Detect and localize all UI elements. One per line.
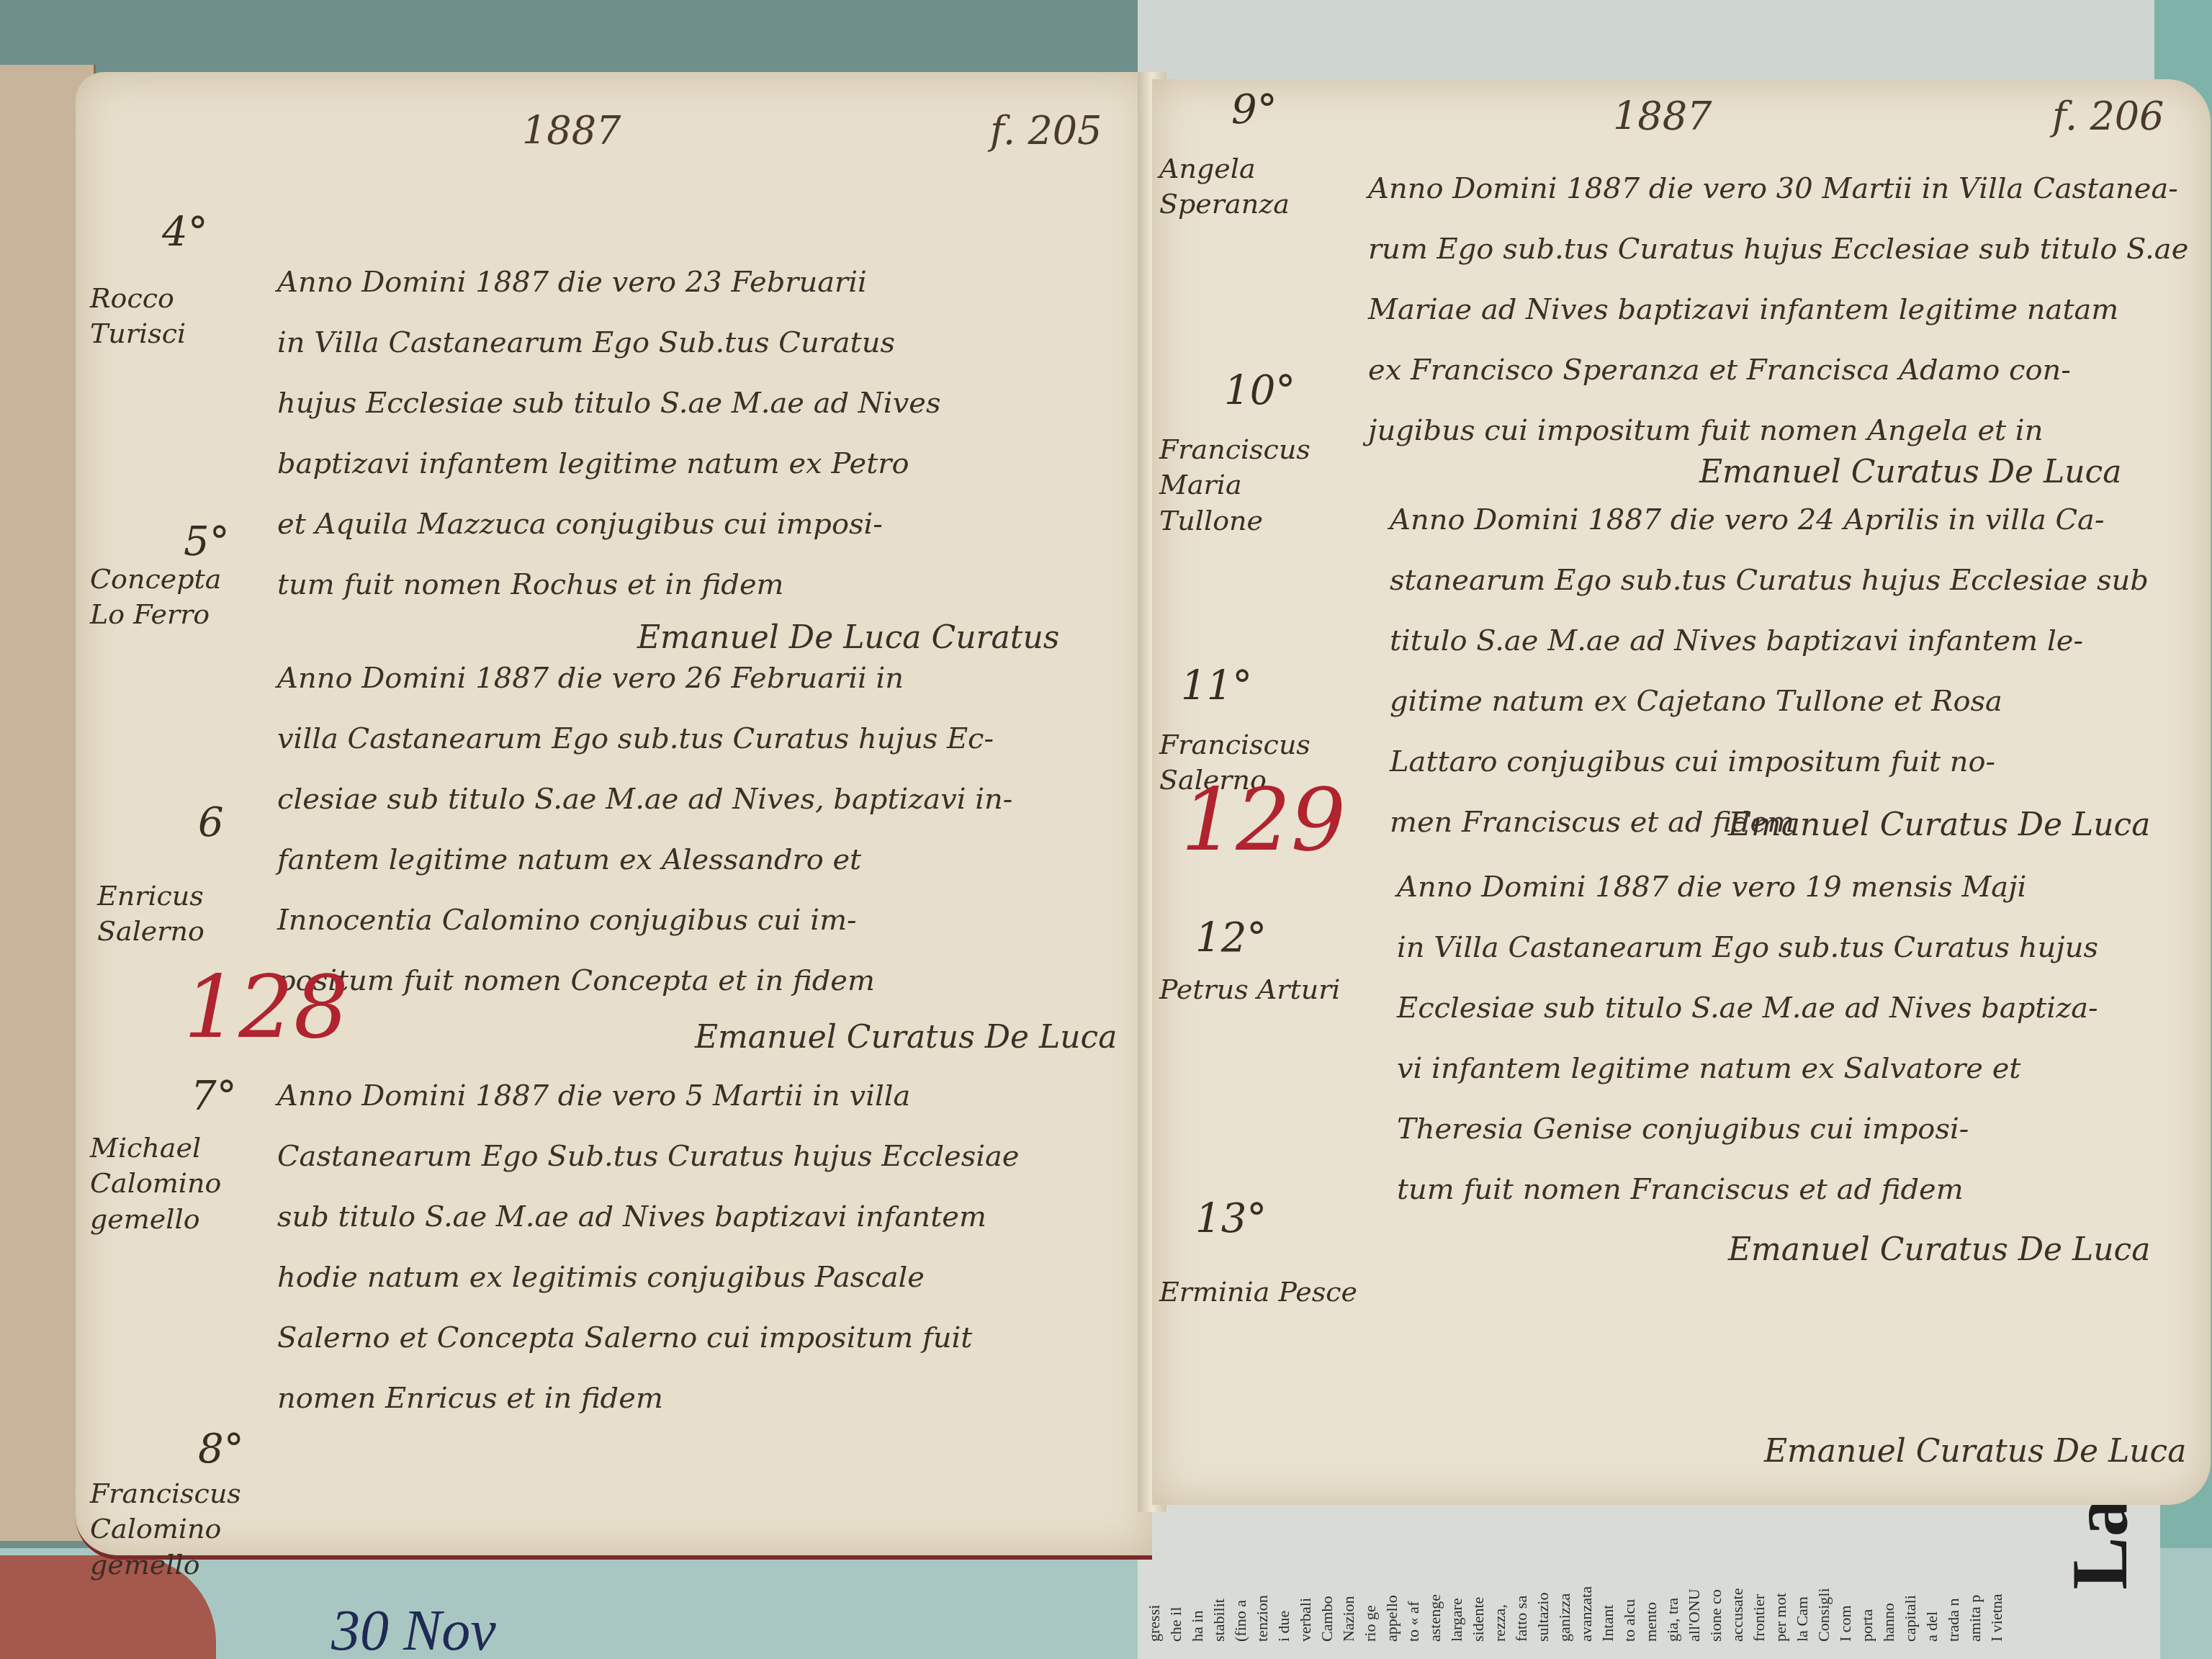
newspaper-text: sidente	[1469, 1597, 1488, 1642]
entry-name: Rocco Turisci	[90, 281, 227, 352]
entry-number: 10°	[1224, 367, 1295, 414]
newspaper-text: per mot	[1771, 1593, 1790, 1642]
handwritten-note: 30 Nov	[331, 1599, 496, 1659]
entry-name: Franciscus Calomino gemello	[90, 1476, 263, 1583]
entry-number: 5°	[184, 518, 230, 565]
newspaper-text: tenzion	[1253, 1595, 1272, 1642]
newspaper-text: (fino a	[1231, 1600, 1250, 1642]
folio-number: f. 206	[2052, 94, 2164, 139]
newspaper-text: Consigli	[1815, 1588, 1833, 1642]
newspaper-text: capitali	[1901, 1595, 1920, 1642]
newspaper-text: accusate	[1728, 1588, 1747, 1642]
page-year: 1887	[1613, 94, 1712, 139]
newspaper-text: astenge	[1426, 1594, 1444, 1642]
newspaper-text: sione co	[1707, 1589, 1725, 1642]
entry-number: 7°	[191, 1073, 237, 1120]
newspaper-text: porta	[1858, 1609, 1876, 1642]
entry-signature: Emanuel Curatus De Luca	[1728, 806, 2150, 843]
newspaper-text: rezza,	[1491, 1604, 1509, 1642]
entry-number: 4°	[162, 209, 208, 256]
entry-text: Anno Domini 1887 die vero 30 Martii in V…	[1368, 158, 2196, 461]
left-page: 1887 f. 205 4° Rocco Turisci Anno Domini…	[76, 72, 1152, 1560]
page-year: 1887	[522, 108, 621, 153]
entry-name: Franciscus Maria Tullone	[1159, 432, 1346, 539]
background-paper-top	[1138, 0, 2212, 79]
newspaper-text: ganizza	[1555, 1593, 1574, 1642]
newspaper-text: la Cam	[1793, 1596, 1812, 1642]
newspaper-text: largare	[1447, 1598, 1466, 1642]
newspaper-text: verbali	[1296, 1598, 1315, 1642]
red-register-number: 129	[1181, 770, 1346, 871]
newspaper-text: appello	[1382, 1595, 1401, 1642]
entry-text: Anno Domini 1887 die vero 23 Februarii i…	[277, 252, 1141, 615]
right-page: 1887 f. 206 9° Angela Speranza Anno Domi…	[1152, 79, 2211, 1505]
newspaper-text: gia, tra	[1663, 1598, 1682, 1642]
entry-number: 6	[198, 799, 224, 846]
entry-number: 12°	[1195, 914, 1267, 961]
entry-text: Anno Domini 1887 die vero 26 Februarii i…	[277, 648, 1141, 1011]
newspaper-text: ha in	[1188, 1611, 1207, 1642]
entry-signature: Emanuel Curatus De Luca	[1764, 1433, 2186, 1470]
entry-number: 11°	[1181, 662, 1252, 709]
newspaper-text: to alcu	[1620, 1599, 1639, 1642]
entry-name: Angela Speranza	[1159, 151, 1339, 222]
newspaper-text: I com	[1836, 1605, 1855, 1642]
entry-number: 8°	[198, 1426, 244, 1473]
red-register-number: 128	[184, 958, 349, 1058]
newspaper-text: amita p	[1966, 1595, 1984, 1642]
entry-text: Anno Domini 1887 die vero 5 Martii in vi…	[277, 1066, 1141, 1429]
newspaper-text: gressi	[1145, 1605, 1164, 1642]
newspaper-text: trada n	[1944, 1599, 1963, 1642]
newspaper-text: frontier	[1750, 1594, 1768, 1642]
entry-name: Erminia Pesce	[1159, 1274, 1390, 1310]
newspaper-text: hanno	[1879, 1603, 1898, 1642]
newspaper-text: to « af	[1404, 1601, 1423, 1642]
newspaper-text: I vietna	[1987, 1593, 2006, 1642]
entry-signature: Emanuel Curatus De Luca	[695, 1019, 1117, 1056]
entry-signature: Emanuel Curatus De Luca	[1728, 1231, 2150, 1268]
newspaper-text: Nazion	[1339, 1596, 1358, 1642]
newspaper-headline: La	[2054, 1497, 2145, 1589]
entry-name: Petrus Arturi	[1159, 972, 1390, 1007]
entry-signature: Emanuel Curatus De Luca	[1699, 454, 2121, 490]
newspaper-text: all'ONU	[1685, 1588, 1704, 1642]
entry-number: 13°	[1195, 1195, 1267, 1242]
newspaper-text: stabilit	[1210, 1599, 1228, 1642]
newspaper-text: avanzata	[1577, 1586, 1596, 1642]
newspaper-text: che il	[1166, 1607, 1185, 1642]
entry-text: Anno Domini 1887 die vero 19 mensis Maji…	[1397, 857, 2196, 1220]
entry-number: 9°	[1231, 86, 1277, 133]
entry-name: Enricus Salerno	[97, 878, 256, 950]
newspaper-text: a del	[1923, 1611, 1941, 1642]
newspaper-text: mento	[1642, 1602, 1660, 1642]
entry-name: Concepta Lo Ferro	[90, 562, 234, 633]
newspaper-text: sultazio	[1534, 1593, 1552, 1642]
entry-text: Anno Domini 1887 die vero 24 Aprilis in …	[1390, 490, 2196, 853]
folio-number: f. 205	[990, 108, 1102, 153]
newspaper-text: i due	[1274, 1611, 1293, 1642]
newspaper-text: Intant	[1599, 1605, 1617, 1642]
entry-name: Michael Calomino gemello	[90, 1130, 256, 1237]
newspaper-text: rio ge	[1361, 1605, 1380, 1642]
newspaper-text: fatto sa	[1512, 1596, 1531, 1642]
newspaper-text: Cambo	[1318, 1596, 1336, 1642]
